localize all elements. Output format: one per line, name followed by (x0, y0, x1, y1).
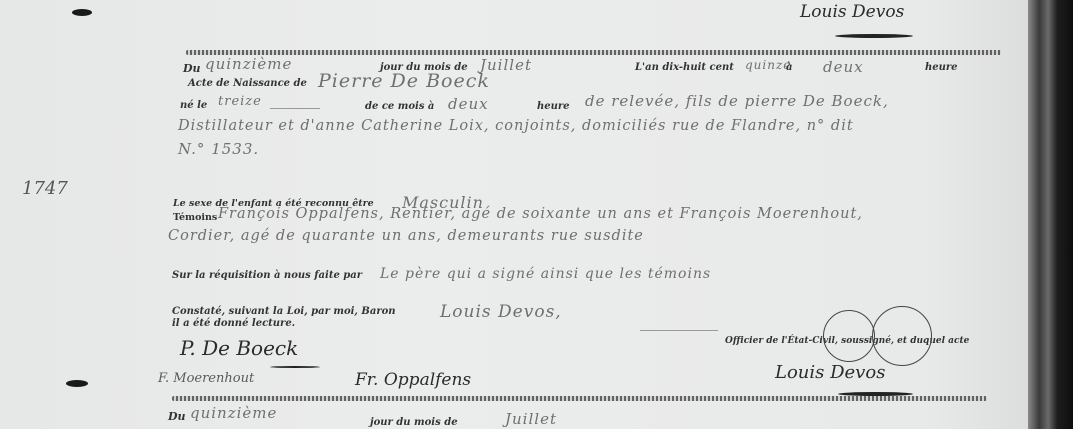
record-2-du-label: Du (168, 410, 186, 423)
signature-flourish (835, 34, 913, 38)
hour-value: deux (823, 58, 864, 76)
acte-label: Acte de Naissance de (188, 78, 307, 89)
witness-label: Témoins (173, 212, 217, 223)
official-seal (872, 306, 932, 366)
official-seal (823, 310, 875, 362)
child-name: Pierre De Boeck (318, 70, 490, 92)
year-label: L'an dix-huit cent (635, 62, 734, 73)
witness-line-2: Cordier, agé de quarante un ans, demeura… (168, 228, 644, 244)
witness-1-signature: F. Moerenhout (158, 371, 254, 386)
parents-line-1: de relevée, fils de pierre De Boeck, (585, 92, 889, 110)
born-heure-label: heure (537, 101, 570, 112)
day-value: quinzième (205, 55, 292, 73)
born-label: né le (180, 100, 207, 111)
parents-line-2: Distillateur et d'anne Catherine Loix, c… (178, 118, 854, 134)
record-2-month-value: Juillet (505, 410, 557, 428)
record-divider (172, 396, 987, 401)
constate-label: Constaté, suivant la Loi, par moi, Baron (172, 306, 396, 317)
heure-label: heure (925, 62, 958, 73)
requisition-value: Le père qui a signé ainsi que les témoin… (380, 266, 711, 282)
signature-flourish (270, 366, 320, 368)
ink-blot (72, 9, 92, 16)
record-2-jour-label: jour du mois de (370, 417, 458, 428)
a-label: à (786, 62, 792, 73)
officer-signature: Louis Devos (775, 362, 885, 383)
father-signature: P. De Boeck (180, 336, 298, 360)
ink-blot (66, 380, 88, 387)
margin-record-number: 1747 (22, 178, 68, 199)
year-value: quinze (745, 58, 791, 72)
witness-line-1: François Oppalfens, Rentier, agé de soix… (218, 206, 863, 222)
fill-rule (640, 330, 718, 331)
officer-name: Louis Devos, (440, 302, 562, 322)
record-divider (186, 50, 1001, 55)
mois-label: de ce mois à (365, 101, 434, 112)
record-2-day-value: quinzième (190, 404, 277, 422)
requisition-label: Sur la réquisition à nous faite par (172, 270, 362, 281)
lecture-label: il a été donné lecture. (172, 318, 295, 329)
house-number: N.° 1533. (178, 140, 259, 158)
top-officer-signature: Louis Devos (800, 2, 904, 22)
book-binding (1028, 0, 1073, 429)
born-hour: deux (448, 95, 489, 113)
born-day: treize (218, 94, 262, 109)
witness-2-signature: Fr. Oppalfens (355, 370, 471, 390)
fill-rule (270, 108, 320, 109)
document-page: Louis Devos Du quinzième jour du mois de… (0, 0, 1030, 429)
du-label: Du (183, 62, 201, 75)
